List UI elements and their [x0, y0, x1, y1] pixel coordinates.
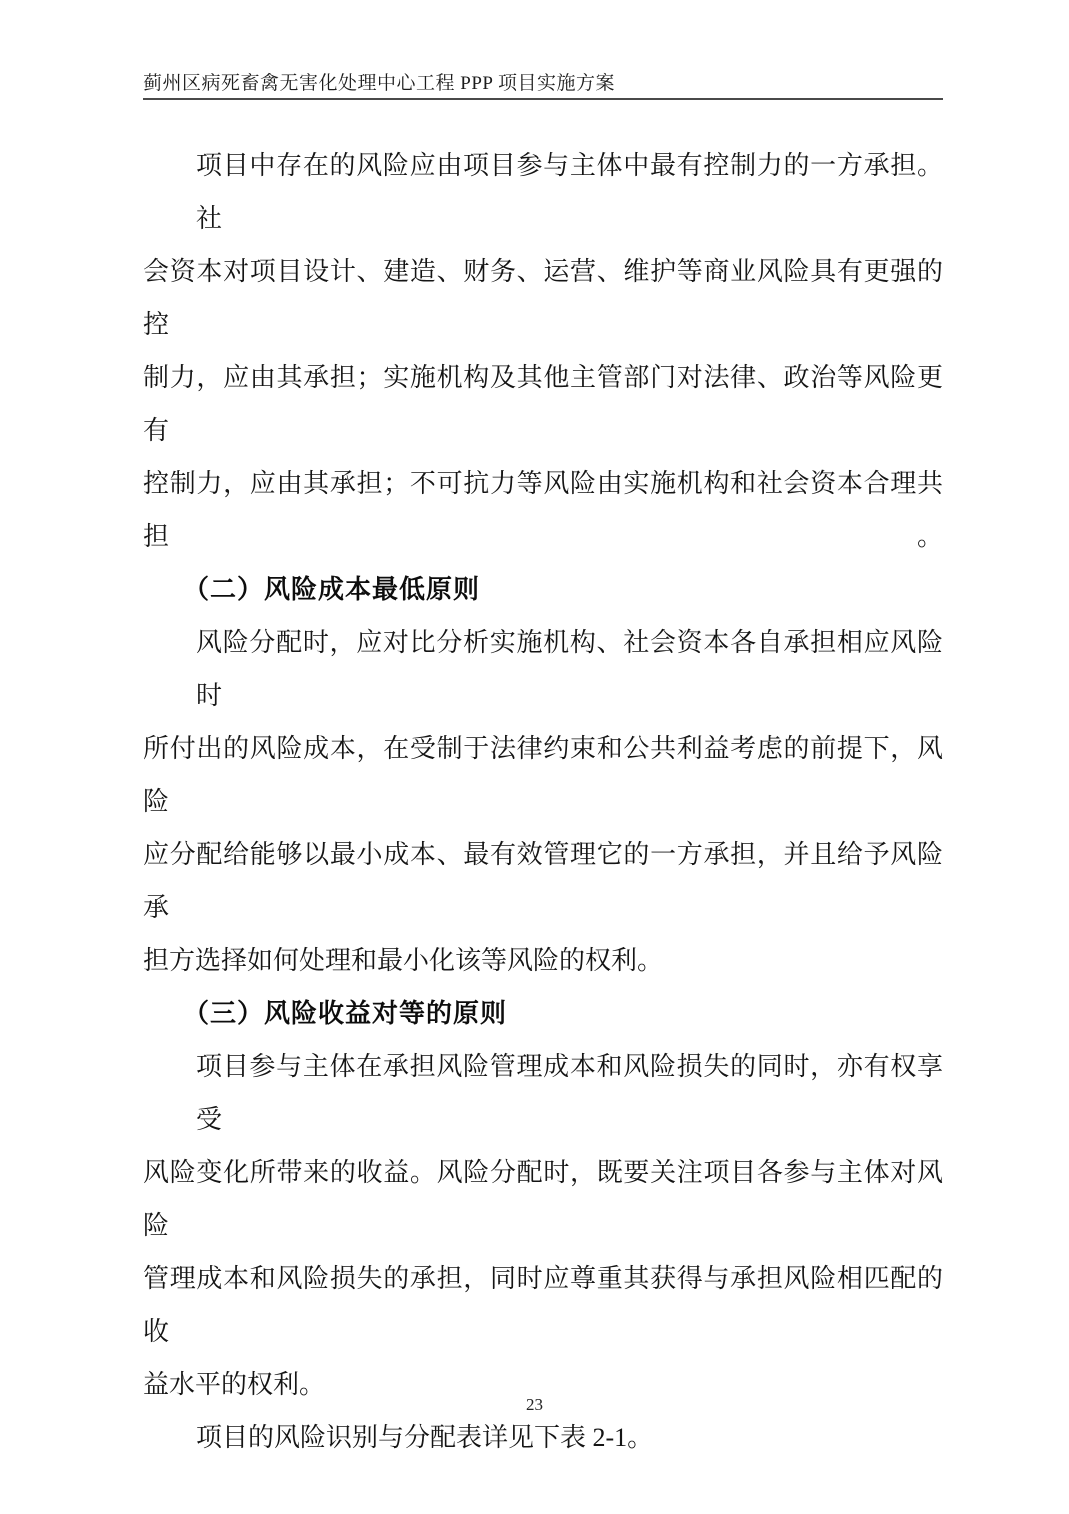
paragraph: 风险分配时，应对比分析实施机构、社会资本各自承担相应风险时 所付出的风险成本，在…: [143, 616, 943, 987]
page-header: 蓟州区病死畜禽无害化处理中心工程 PPP 项目实施方案: [143, 72, 943, 100]
text-line: 项目的风险识别与分配表详见下表 2-1。: [143, 1411, 943, 1464]
section-heading-risk-return-equivalence: （三）风险收益对等的原则: [143, 987, 943, 1040]
text-line: 应分配给能够以最小成本、最有效管理它的一方承担，并且给予风险承: [143, 828, 943, 934]
text-line: 风险分配时，应对比分析实施机构、社会资本各自承担相应风险时: [143, 616, 943, 722]
text-line: 风险变化所带来的收益。风险分配时，既要关注项目各参与主体对风险: [143, 1146, 943, 1252]
text-line: 项目中存在的风险应由项目参与主体中最有控制力的一方承担。社: [143, 139, 943, 245]
section-heading-risk-cost-minimum: （二）风险成本最低原则: [143, 563, 943, 616]
text-line: 会资本对项目设计、建造、财务、运营、维护等商业风险具有更强的控: [143, 245, 943, 351]
paragraph: 项目的风险识别与分配表详见下表 2-1。: [143, 1411, 943, 1464]
text-line: 担方选择如何处理和最小化该等风险的权利。: [143, 934, 943, 987]
page-body: 项目中存在的风险应由项目参与主体中最有控制力的一方承担。社 会资本对项目设计、建…: [143, 139, 943, 1464]
page-number: 23: [526, 1395, 543, 1414]
page-footer: 23: [0, 1394, 1069, 1416]
paragraph: 项目参与主体在承担风险管理成本和风险损失的同时，亦有权享受 风险变化所带来的收益…: [143, 1040, 943, 1411]
text-line: 所付出的风险成本，在受制于法律约束和公共利益考虑的前提下，风险: [143, 722, 943, 828]
document-page: 蓟州区病死畜禽无害化处理中心工程 PPP 项目实施方案 项目中存在的风险应由项目…: [0, 0, 1069, 1514]
paragraph: 项目中存在的风险应由项目参与主体中最有控制力的一方承担。社 会资本对项目设计、建…: [143, 139, 943, 563]
text-line: 控制力，应由其承担；不可抗力等风险由实施机构和社会资本合理共担。: [143, 457, 943, 563]
text-line: 管理成本和风险损失的承担，同时应尊重其获得与承担风险相匹配的收: [143, 1252, 943, 1358]
text-line: 项目参与主体在承担风险管理成本和风险损失的同时，亦有权享受: [143, 1040, 943, 1146]
text-line: 制力，应由其承担；实施机构及其他主管部门对法律、政治等风险更有: [143, 351, 943, 457]
header-title: 蓟州区病死畜禽无害化处理中心工程 PPP 项目实施方案: [143, 73, 615, 94]
